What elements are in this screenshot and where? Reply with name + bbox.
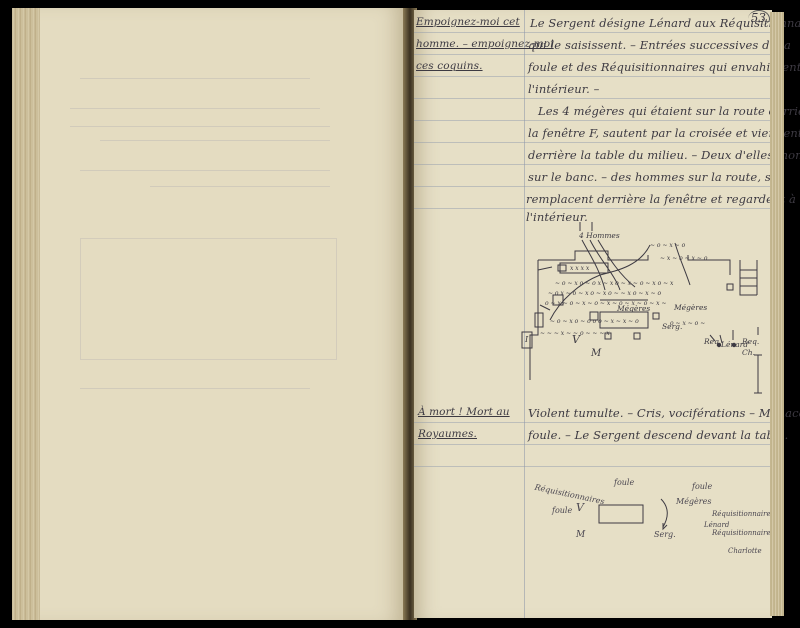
margin-note-line: ces coquins. (416, 60, 483, 72)
label-megeres: Mégères (676, 497, 711, 506)
svg-text:~ o ~ x ~ o: ~ o ~ x ~ o (650, 242, 686, 249)
text-line: Violent tumulte. – Cris, vociférations –… (528, 406, 800, 420)
margin-note-line: Empoignez-moi cet (416, 16, 520, 28)
label-v: V (576, 501, 584, 514)
left-page (40, 8, 405, 620)
text-line: derrière la table du milieu. – Deux d'el… (528, 148, 800, 162)
diagram-label-v: V (572, 333, 580, 346)
svg-text:x x x x: x x x x (570, 265, 590, 272)
show-through-line (70, 108, 320, 109)
show-through-line (80, 170, 330, 171)
text-line: l'intérieur. – (528, 82, 599, 96)
text-line: qui le saisissent. – Entrées successives… (528, 38, 791, 52)
label-lenard: Lénard (704, 521, 729, 529)
page-edges-right (770, 12, 784, 616)
diagram-label-req: Req. (742, 337, 759, 346)
right-page: 53 Empoignez-moi cet homme. – empoignez-… (414, 10, 772, 618)
svg-text:~ o ~ x o ~ o o o ~ x ~ x ~ o: ~ o ~ x o ~ o o o ~ x ~ x ~ o (550, 318, 639, 325)
diagram-label-hommes: 4 Hommes (579, 231, 620, 240)
text-line: foule et des Réquisitionnaires qui envah… (528, 60, 800, 74)
diagram-label-ch: Ch. (742, 348, 755, 357)
show-through-diagram (80, 238, 337, 360)
label-foule-top: foule (614, 478, 634, 487)
show-through-line (80, 78, 310, 79)
text-line: la fenêtre F, sautent par la croisée et … (528, 126, 800, 140)
margin-note-line: À mort ! Mort au (418, 406, 510, 418)
text-line: sur le banc. – des hommes sur la route, … (528, 170, 778, 184)
label-requisitionnaire: Réquisitionnaire (712, 510, 771, 518)
label-foule: foule (552, 506, 572, 515)
svg-text:~ o ~ x o ~ o x ~ x o ~ x ~ o: ~ o ~ x o ~ o x ~ x o ~ x ~ o ~ x o ~ x (555, 280, 674, 287)
svg-text:~ o x ~ o ~ x o ~ x o ~ ~ x o: ~ o x ~ o ~ x o ~ x o ~ ~ x o ~ x ~ o (548, 290, 662, 297)
show-through-line (80, 388, 310, 389)
label-foule-right: foule (692, 482, 712, 491)
label-m: M (576, 530, 585, 540)
show-through-line (70, 126, 330, 127)
text-line: Les 4 mégères qui étaient sur la route d… (538, 104, 800, 118)
label-charlotte: Charlotte (728, 547, 762, 555)
text-line: foule. – Le Sergent descend devant la ta… (528, 428, 788, 442)
show-through-line (150, 186, 330, 187)
diagram-label-megeres: Mégères (617, 304, 650, 313)
diagram-label-m: M (591, 348, 601, 359)
diagram-label-megeres-right: Mégères (674, 303, 707, 312)
label-sergent: Serg. (654, 530, 676, 539)
text-line: Le Sergent désigne Lénard aux Réquisitio… (530, 16, 800, 30)
label-requisitionnaire: Réquisitionnaire (712, 529, 771, 537)
svg-text:~ x ~ o ~ x ~ o: ~ x ~ o ~ x ~ o (660, 255, 708, 262)
text-line: remplacent derrière la fenêtre et regard… (526, 192, 796, 206)
show-through-line (100, 140, 330, 141)
margin-note-line: Royaumes. (418, 428, 477, 440)
diagram-label-sergent: Serg. (662, 322, 682, 331)
diagram-label-req: Req. (704, 337, 721, 346)
diagram-label-box-i: I (525, 335, 528, 344)
